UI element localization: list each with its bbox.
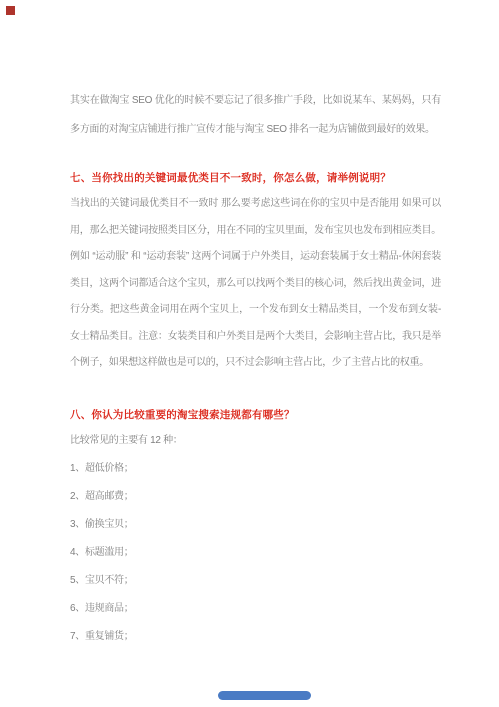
list-item: 7、重复铺货； (70, 630, 441, 643)
section-7-answer: 当找出的关键词最优类目不一致时 那么要考虑这些词在你的宝贝中是否能用 如果可以用… (70, 191, 441, 377)
section-8-heading: 八、你认为比较重要的淘宝搜索违规都有哪些？ (70, 409, 441, 422)
list-item: 4、标题滥用； (70, 546, 441, 559)
corner-marker (6, 6, 15, 15)
scroll-indicator[interactable] (218, 691, 311, 700)
section-8-list-intro: 比较常见的主要有 12 种： (70, 434, 441, 447)
list-item: 5、宝贝不符； (70, 574, 441, 587)
section-7-heading: 七、当你找出的关键词最优类目不一致时，你怎么做，请举例说明？ (70, 172, 441, 185)
intro-paragraph: 其实在做淘宝 SEO 优化的时候不要忘记了很多推广手段，比如说某车、某妈妈，只有… (70, 86, 441, 144)
list-item: 6、违规商品； (70, 602, 441, 615)
list-item: 1、超低价格； (70, 462, 441, 475)
list-item: 2、超高邮费； (70, 490, 441, 503)
list-item: 3、偷换宝贝； (70, 518, 441, 531)
article-body: 其实在做淘宝 SEO 优化的时候不要忘记了很多推广手段，比如说某车、某妈妈，只有… (70, 86, 441, 643)
